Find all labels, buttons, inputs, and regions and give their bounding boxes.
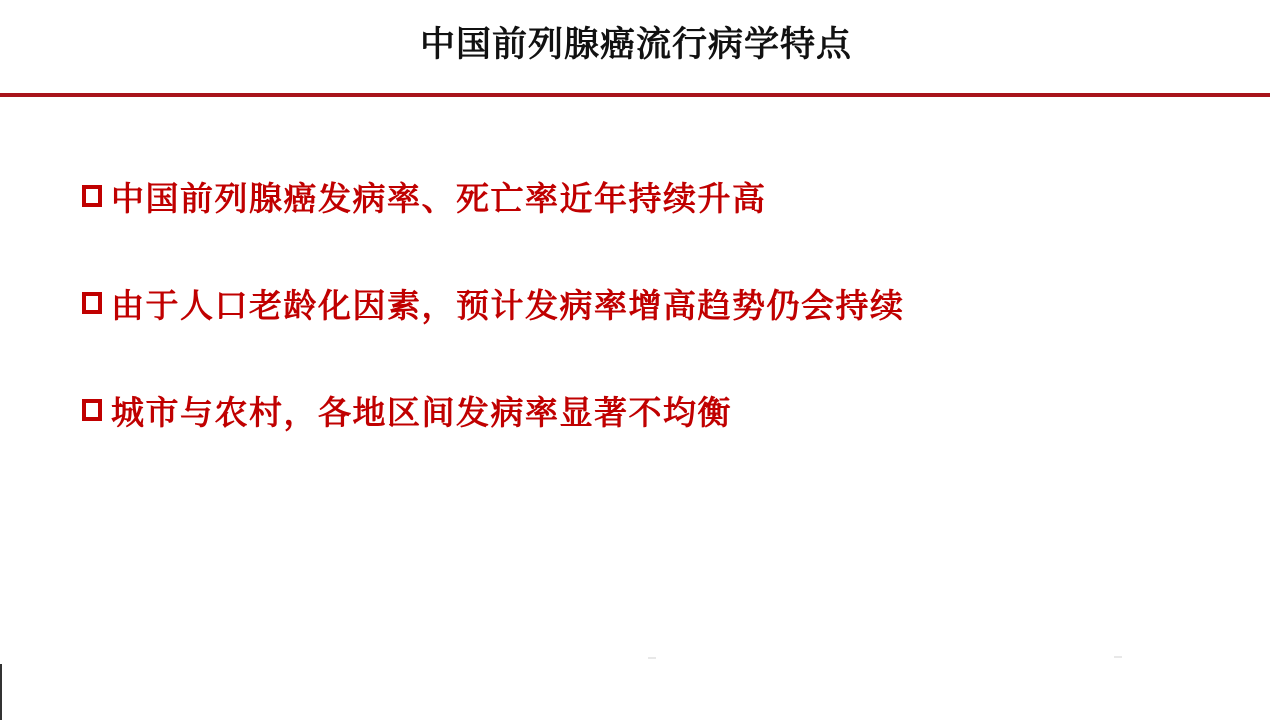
- slide: 中国前列腺癌流行病学特点 中国前列腺癌发病率、死亡率近年持续升高 由于人口老龄化…: [0, 0, 1280, 720]
- title-divider: [0, 93, 1270, 97]
- bullet-text: 由于人口老龄化因素，预计发病率增高趋势仍会持续: [111, 280, 905, 327]
- bullet-text: 中国前列腺癌发病率、死亡率近年持续升高: [111, 173, 767, 220]
- hollow-square-bullet-icon: [82, 399, 102, 421]
- hollow-square-bullet-icon: [82, 292, 102, 314]
- hollow-square-bullet-icon: [82, 185, 102, 207]
- scan-artifact: [1114, 656, 1122, 658]
- bullet-item: 由于人口老龄化因素，预计发病率增高趋势仍会持续: [82, 275, 905, 331]
- bullet-item: 城市与农村，各地区间发病率显著不均衡: [82, 382, 905, 438]
- bullet-text: 城市与农村，各地区间发病率显著不均衡: [111, 387, 732, 434]
- bullet-list: 中国前列腺癌发病率、死亡率近年持续升高 由于人口老龄化因素，预计发病率增高趋势仍…: [82, 168, 905, 489]
- scan-artifact: [648, 657, 656, 659]
- slide-title: 中国前列腺癌流行病学特点: [0, 22, 1272, 68]
- left-edge-mark: [0, 664, 2, 720]
- bullet-item: 中国前列腺癌发病率、死亡率近年持续升高: [82, 168, 905, 224]
